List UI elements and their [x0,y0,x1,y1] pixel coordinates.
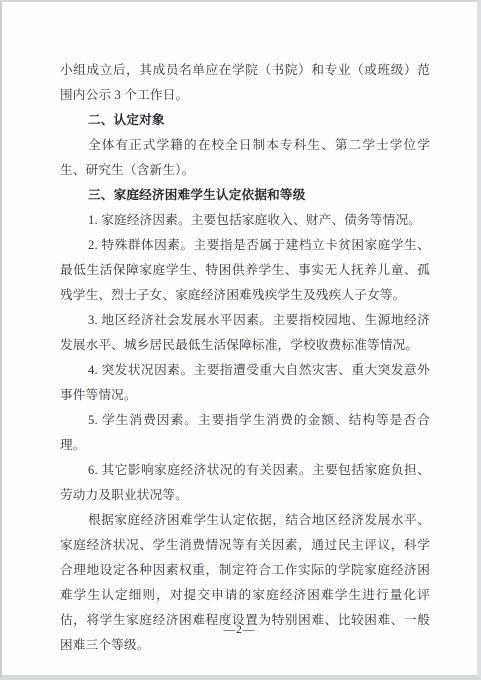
list-item-5: 5. 学生消费因素。主要指学生消费的金额、结构等是否合理。 [60,408,430,458]
section-heading-3: 三、家庭经济困难学生认定依据和等级 [60,183,430,208]
section-heading-2: 二、认定对象 [60,108,430,133]
paragraph-continuation: 小组成立后，其成员名单应在学院（书院）和专业（或班级）范围内公示 3 个工作日。 [60,58,430,108]
page-number: —2— [2,624,477,636]
list-item-2: 2. 特殊群体因素。主要指是否属于建档立卡贫困家庭学生、最低生活保障家庭学生、特… [60,233,430,308]
list-item-6: 6. 其它影响家庭经济状况的有关因素。主要包括家庭负担、劳动力及职业状况等。 [60,458,430,508]
list-item-1: 1. 家庭经济因素。主要包括家庭收入、财产、债务等情况。 [60,208,430,233]
list-item-4: 4. 突发状况因素。主要指遭受重大自然灾害、重大突发意外事件等情况。 [60,358,430,408]
paragraph: 全体有正式学籍的在校全日制本专科生、第二学士学位学生、研究生（含新生）。 [60,133,430,183]
list-item-3: 3. 地区经济社会发展水平因素。主要指校园地、生源地经济发展水平、城乡居民最低生… [60,308,430,358]
page-content: 小组成立后，其成员名单应在学院（书院）和专业（或班级）范围内公示 3 个工作日。… [60,58,430,658]
document-page: 小组成立后，其成员名单应在学院（书院）和专业（或班级）范围内公示 3 个工作日。… [0,0,481,680]
